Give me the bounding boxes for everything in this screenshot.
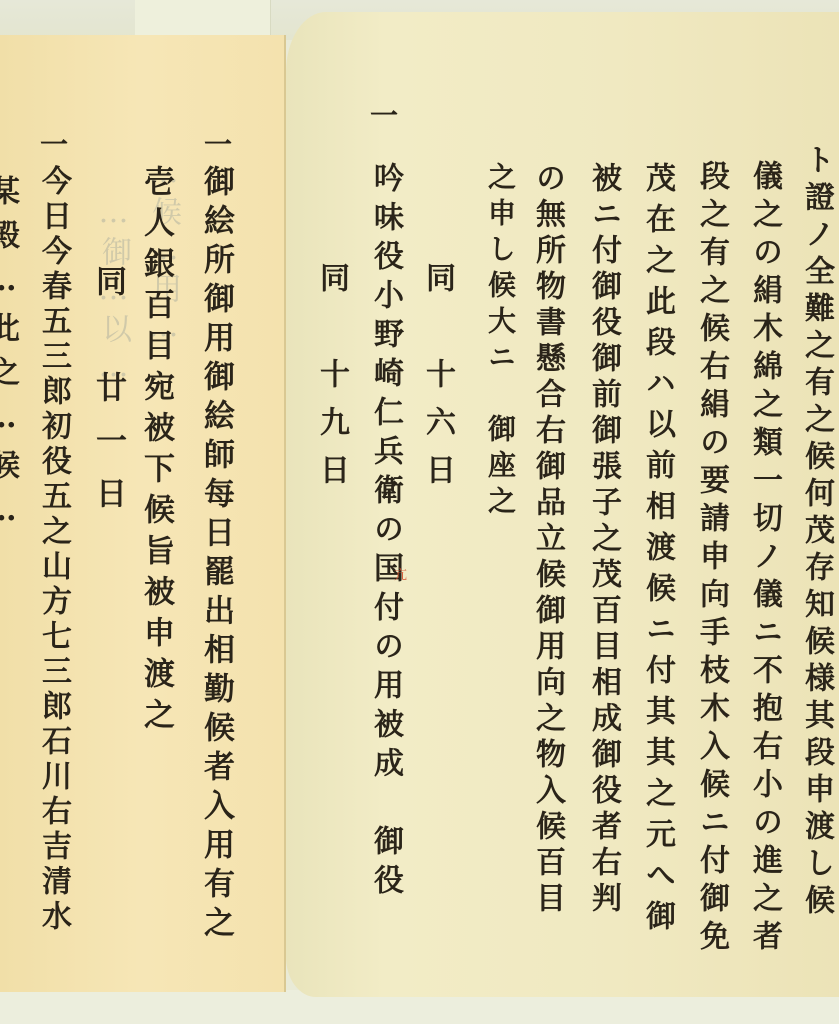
right-page: 一 ト證ノ全難之有之候何茂存知候様其段申渡し候 儀之の絹木綿之類一切ノ儀ニ不抱右… xyxy=(286,12,839,997)
text-column: 同 廿一日 xyxy=(92,265,123,530)
backdrop-strip xyxy=(250,0,271,36)
text-column: の無所物書懸合右御品立候御用向之物入候百目 xyxy=(532,162,562,918)
date-column: 同 十六日 xyxy=(422,262,452,502)
text-column: 壱人銀百目宛被下候旨被申渡之 xyxy=(140,165,171,739)
text-column: 茂在之此段ハ以前相渡候ニ付其其之元へ御 xyxy=(642,162,672,941)
text-column: 被ニ付御役御前御張子之茂百目相成御役者右判 xyxy=(588,162,618,918)
text-column: 某殿…此之…候… xyxy=(0,175,16,542)
item-mark: 一 xyxy=(370,94,398,134)
text-column: 御絵所御用御絵師每日罷出相勤候者入用有之 xyxy=(200,165,231,945)
item-mark: 一 xyxy=(204,123,232,163)
text-column: 之申し候大ニ 御座之 xyxy=(486,162,514,522)
text-column: 段之有之候右絹の要請申向手枝木入候ニ付御免 xyxy=(696,160,726,958)
text-column: 今日今春五三郎初役五之山方七三郎石川右吉清水 xyxy=(38,165,68,935)
left-page: …候…用… …御…以… 一 一 御絵所御用御絵師每日罷出相勤候者入用有之 壱人銀… xyxy=(0,35,286,992)
date-column: 同 十九日 xyxy=(316,262,346,502)
backdrop-strip xyxy=(135,0,251,36)
red-annotation: 亢 xyxy=(394,564,407,583)
text-column: 吟味役小野崎仁兵衛の国付の用被成 御役 xyxy=(370,162,400,903)
text-column: ト證ノ全難之有之候何茂存知候様其段申渡し候 xyxy=(801,144,831,921)
text-column: 儀之の絹木綿之類一切ノ儀ニ不抱右小の進之者 xyxy=(749,160,779,958)
item-mark: 一 xyxy=(40,123,68,163)
